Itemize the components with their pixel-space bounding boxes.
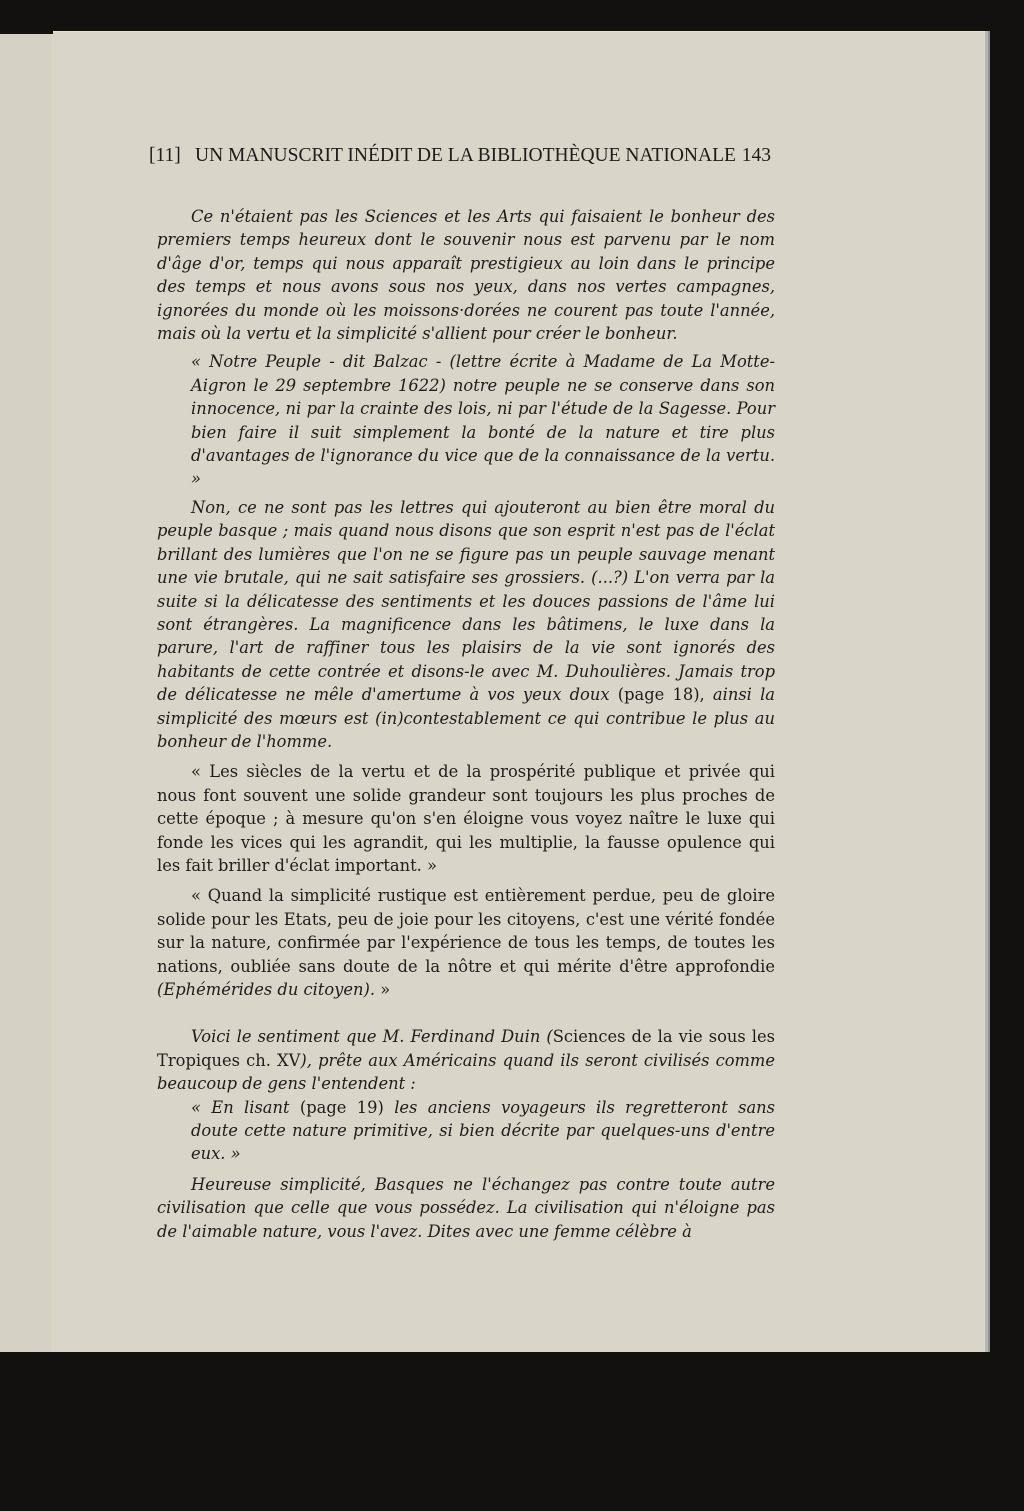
section-number: [11] bbox=[149, 145, 195, 167]
paragraph-ferdinand-duin: Voici le sentiment que M. Ferdinand Duin… bbox=[157, 1025, 775, 1095]
quote-en-lisant: « En lisant (page 19) les anciens voyage… bbox=[157, 1096, 775, 1166]
running-head: [11] UN MANUSCRIT INÉDIT DE LA BIBLIOTHÈ… bbox=[149, 145, 771, 167]
paragraph-text: Voici le sentiment que M. Ferdinand Duin… bbox=[191, 1027, 553, 1046]
paragraph-age-d-or: Ce n'étaient pas les Sciences et les Art… bbox=[157, 205, 775, 345]
quote-simplicite-rustique: « Quand la simplicité rustique est entiè… bbox=[157, 884, 775, 1001]
paragraph-heureuse-simplicite: Heureuse simplicité, Basques ne l'échang… bbox=[157, 1173, 775, 1243]
paragraph-peuple-basque: Non, ce ne sont pas les lettres qui ajou… bbox=[157, 496, 775, 753]
page-reference: (page 19) bbox=[300, 1098, 384, 1117]
running-title: UN MANUSCRIT INÉDIT DE LA BIBLIOTHÈQUE N… bbox=[195, 145, 742, 167]
paragraph-text: Non, ce ne sont pas les lettres qui ajou… bbox=[157, 498, 775, 704]
facing-page-edge bbox=[0, 34, 54, 1352]
page-reference: (page 18), bbox=[618, 685, 705, 704]
source-citation: (Ephémérides du citoyen). bbox=[157, 980, 375, 999]
paragraph-text: « Quand la simplicité rustique est entiè… bbox=[157, 886, 775, 975]
closing-quote: » bbox=[375, 980, 390, 999]
quote-text: « En lisant bbox=[191, 1098, 300, 1117]
quote-balzac: « Notre Peuple - dit Balzac - (lettre éc… bbox=[157, 350, 775, 490]
page-body: Ce n'étaient pas les Sciences et les Art… bbox=[157, 205, 775, 1243]
quote-siecles-vertu: « Les siècles de la vertu et de la prosp… bbox=[157, 760, 775, 877]
page-number: 143 bbox=[742, 145, 771, 167]
